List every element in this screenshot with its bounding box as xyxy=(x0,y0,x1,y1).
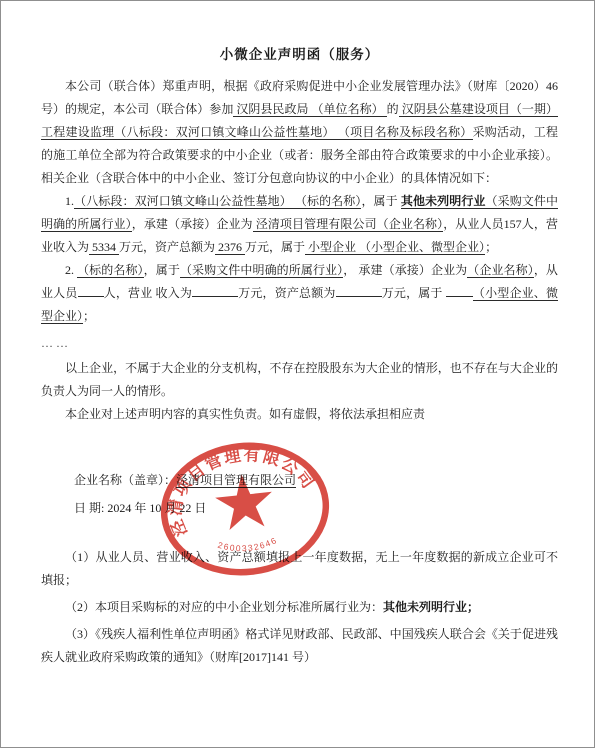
document-title: 小微企业声明函（服务） xyxy=(41,45,558,65)
item2-assets-blank-field xyxy=(336,284,382,297)
note-2-lead: （2）本项目采购标的对应的中小企业划分标准所属行业为： xyxy=(65,600,383,614)
note-2-industry-bold: 其他未列明行业； xyxy=(383,600,479,614)
item2-revenue-blank-field xyxy=(192,284,238,297)
item1-size-field: 小型企业 （小型企业、微型企业） xyxy=(305,240,485,255)
item-1-paragraph: 1.（八标段：双河口镇文峰山公益性墓地） （标的名称），属于 其他未列明行业（采… xyxy=(41,190,558,259)
company-name-label: 企业名称（盖章）： xyxy=(74,473,176,487)
no-large-enterprise-paragraph: 以上企业，不属于大企业的分支机构，不存在控股股东为大企业的情形，也不存在与大企业… xyxy=(41,357,558,403)
item2-text: 万元，资产总额为 xyxy=(238,286,336,300)
item2-text: ，属于 xyxy=(144,263,180,277)
item2-size-blank-field xyxy=(446,284,473,297)
item2-target-name-field: （标的名称） xyxy=(77,263,144,278)
item2-company-note: （企业名 xyxy=(467,263,515,278)
item1-revenue-field: 5334 xyxy=(89,240,119,255)
item1-contractor-field: 泾清项目管理有限公司（企业名称） xyxy=(253,217,444,232)
note-1: （1）从业人员、营业收入、资产总额填报上一年度数据，无上一年度数据的新成立企业可… xyxy=(41,546,558,592)
declaration-document-page: 小微企业声明函（服务） 本公司（联合体）郑重声明，根据《政府采购促进中小企业发展… xyxy=(0,0,595,748)
ellipsis-line: …… xyxy=(41,332,558,355)
item2-text: ； xyxy=(83,309,95,323)
item2-industry-note: （采购文件中明确的所属行业） xyxy=(180,263,343,278)
truthfulness-paragraph: 本企业对上述声明内容的真实性负责。如有虚假，将依法承担相应责 xyxy=(41,403,558,426)
document-content: 小微企业声明函（服务） 本公司（联合体）郑重声明，根据《政府采购促进中小企业发展… xyxy=(41,45,558,669)
date-label: 日 期: xyxy=(74,501,107,515)
date-value: 2024 年 10 月 22 日 xyxy=(107,501,206,515)
p1-mid-text: 的 xyxy=(387,102,399,116)
signature-block: 企业名称（盖章）：泾清项目管理有限公司 日 期: 2024 年 10 月 22 … xyxy=(41,466,558,522)
item1-text: ，承建（承接）企业为 xyxy=(132,217,253,231)
note-2: （2）本项目采购标的对应的中小企业划分标准所属行业为：其他未列明行业； xyxy=(41,596,558,619)
item1-text: ，属于 xyxy=(361,194,400,208)
note-3: （3）《残疾人福利性单位声明函》格式详见财政部、民政部、中国残疾人联合会《关于促… xyxy=(41,623,558,669)
item2-company-note-2: 称） xyxy=(516,263,534,278)
item2-number: 2. xyxy=(65,263,77,277)
item1-industry-field: 其他未列明行业 xyxy=(401,194,486,209)
item2-text: ， 承建（承接）企业为 xyxy=(343,263,467,277)
unit-name-field: 汉阴县民政局 （单位名称） xyxy=(233,102,386,117)
item1-target-name-field: （八标段：双河口镇文峰山公益性墓地） （标的名称） xyxy=(74,194,361,209)
item2-text: 万元，属于 xyxy=(382,286,446,300)
item1-text: ； xyxy=(485,240,497,254)
item1-assets-field: 2376 xyxy=(215,240,245,255)
company-name-field: 泾清项目管理有限公司 xyxy=(176,473,296,488)
company-name-line: 企业名称（盖章）：泾清项目管理有限公司 xyxy=(41,466,558,494)
date-line: 日 期: 2024 年 10 月 22 日 xyxy=(41,494,558,522)
item1-text: 万元，资产总额为 xyxy=(119,240,215,254)
declaration-paragraph: 本公司（联合体）郑重声明，根据《政府采购促进中小企业发展管理办法》（财库〔202… xyxy=(41,75,558,190)
item2-text: 人，营业 收入为 xyxy=(104,286,193,300)
item2-employees-blank-field xyxy=(78,284,104,297)
item-2-paragraph: 2. （标的名称），属于（采购文件中明确的所属行业）， 承建（承接）企业为（企业… xyxy=(41,259,558,328)
footnotes-block: （1）从业人员、营业收入、资产总额填报上一年度数据，无上一年度数据的新成立企业可… xyxy=(41,546,558,669)
item1-number: 1. xyxy=(65,194,74,208)
item1-text: 万元，属于 xyxy=(245,240,305,254)
